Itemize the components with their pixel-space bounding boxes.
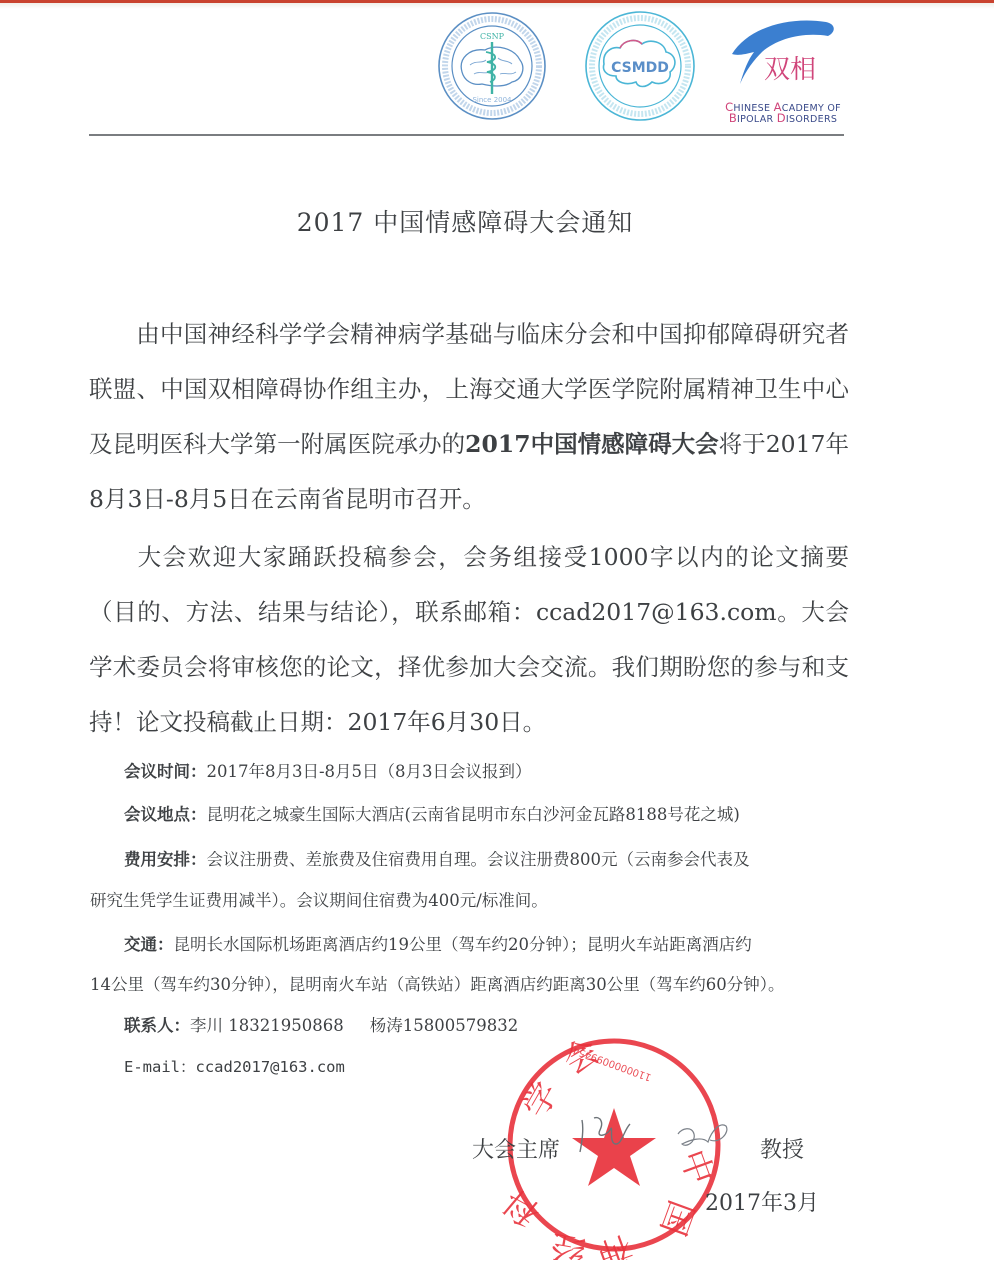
handwritten-signature xyxy=(560,1100,740,1170)
email-value[interactable]: ccad2017@163.com xyxy=(196,1058,345,1076)
contact-person-1: 李川 18321950868 xyxy=(190,1016,344,1035)
fee-arrangement-cont: 研究生凭学生证费用减半）。会议期间住宿费为400元/标准间。 xyxy=(90,881,850,921)
meeting-time-label: 会议时间： xyxy=(124,762,207,781)
transportation-cont: 14公里（驾车约30分钟），昆明南火车站（高铁站）距离酒店约距离30公里（驾车约… xyxy=(90,965,850,1005)
meeting-venue-label: 会议地点： xyxy=(124,805,207,824)
meeting-venue: 会议地点：昆明花之城豪生国际大酒店(云南省昆明市东白沙河金瓦路8188号花之城) xyxy=(124,795,884,835)
meeting-time: 会议时间：2017年8月3日-8月5日（8月3日会议报到） xyxy=(124,752,884,792)
fee-value-line1: 会议注册费、差旅费及住宿费用自理。会议注册费800元（云南参会代表及 xyxy=(207,850,750,869)
fee-label: 费用安排： xyxy=(124,850,207,869)
svg-text:神: 神 xyxy=(592,1227,638,1260)
cabd-name-line2: BIPOLAR DISORDERS xyxy=(718,113,848,125)
contact-label: 联系人： xyxy=(124,1016,190,1035)
call-for-papers-paragraph: 大会欢迎大家踊跃投稿参会，会务组接受1000字以内的论文摘要（目的、方法、结果与… xyxy=(89,530,849,750)
cabd-logo: 双相 CHINESE ACADEMY OF BIPOLAR DISORDERS xyxy=(718,14,848,126)
meeting-venue-value: 昆明花之城豪生国际大酒店(云南省昆明市东白沙河金瓦路8188号花之城) xyxy=(207,805,740,824)
professor-title: 教授 xyxy=(760,1133,804,1164)
top-bar-shadow xyxy=(0,3,994,9)
svg-text:CSNP: CSNP xyxy=(480,32,505,41)
transportation-value-line1: 昆明长水国际机场距离酒店约19公里（驾车约20分钟）；昆明火车站距离酒店约 xyxy=(174,935,752,954)
contact-person-2: 杨涛15800579832 xyxy=(370,1016,518,1035)
csnp-logo-icon: CSNP Since 2004 xyxy=(430,10,554,122)
intro-paragraph: 由中国神经科学学会精神病学基础与临床分会和中国抑郁障碍研究者联盟、中国双相障碍协… xyxy=(89,307,849,527)
meeting-time-value: 2017年8月3日-8月5日（8月3日会议报到） xyxy=(207,762,532,781)
svg-text:经: 经 xyxy=(548,1225,588,1260)
svg-text:Since 2004: Since 2004 xyxy=(472,96,512,104)
svg-text:双相: 双相 xyxy=(764,55,816,85)
transportation-label: 交通： xyxy=(124,935,174,954)
header-divider xyxy=(89,134,844,136)
csnp-logo: CSNP Since 2004 xyxy=(430,10,554,122)
csmdd-logo: CSMDD xyxy=(580,8,700,124)
signature-scribble-icon xyxy=(560,1100,740,1170)
email-label: E-mail： xyxy=(124,1058,196,1076)
chair-label: 大会主席 xyxy=(472,1133,560,1164)
call-for-papers-text: 大会欢迎大家踊跃投稿参会，会务组接受1000字以内的论文摘要（目的、方法、结果与… xyxy=(89,543,849,736)
svg-text:国: 国 xyxy=(652,1195,701,1241)
document-title: 2017 中国情感障碍大会通知 xyxy=(0,203,930,239)
svg-text:会: 会 xyxy=(557,1031,606,1083)
fee-value-line2: 研究生凭学生证费用减半）。会议期间住宿费为400元/标准间。 xyxy=(90,891,548,910)
svg-text:科: 科 xyxy=(502,1181,548,1233)
csmdd-logo-icon: CSMDD xyxy=(580,8,700,124)
transportation: 交通：昆明长水国际机场距离酒店约19公里（驾车约20分钟）；昆明火车站距离酒店约 xyxy=(124,925,884,965)
cabd-swoosh-icon: 双相 xyxy=(718,14,848,102)
fee-arrangement: 费用安排：会议注册费、差旅费及住宿费用自理。会议注册费800元（云南参会代表及 xyxy=(124,838,849,881)
signature-date: 2017年3月 xyxy=(705,1186,819,1217)
transportation-value-line2: 14公里（驾车约30分钟），昆明南火车站（高铁站）距离酒店约距离30公里（驾车约… xyxy=(90,975,784,994)
svg-text:CSMDD: CSMDD xyxy=(611,60,669,76)
conference-name-bold: 2017中国情感障碍大会 xyxy=(465,430,719,458)
